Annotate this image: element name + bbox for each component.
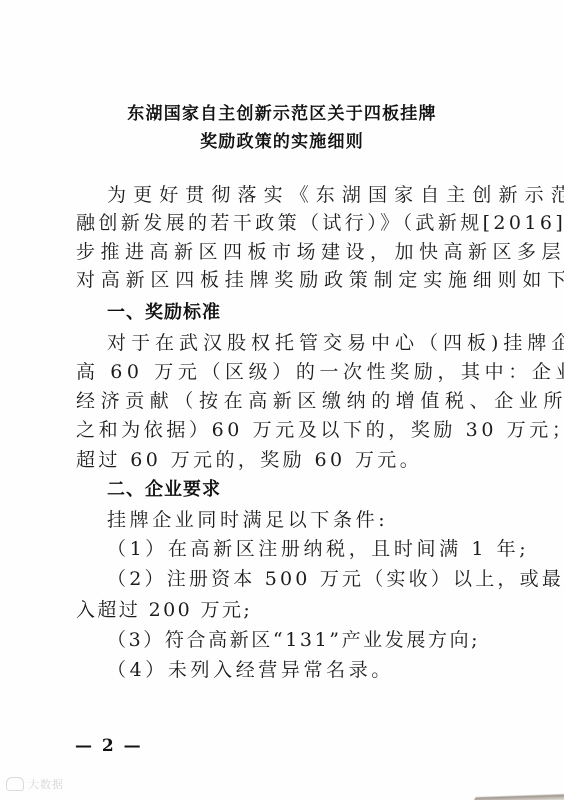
intro-line-3: 步推进高新区四板市场建设，加快高新区多层次资本市场发展， — [76, 241, 564, 263]
section1-line-2: 高 60 万元（区级）的一次性奖励，其中：企业挂牌当年对地方 — [76, 361, 564, 383]
scanned-document-page: 东湖国家自主创新示范区关于四板挂牌 奖励政策的实施细则 为更好贯彻落实《东湖国家… — [0, 0, 564, 800]
section2-line-1: 挂牌企业同时满足以下条件: — [107, 509, 388, 531]
section1-line-3: 经济贡献（按在高新区缴纳的增值税、企业所得税和个人所得税 — [76, 390, 564, 412]
section2-condition-3: （3）符合高新区“131”产业发展方向; — [107, 629, 480, 651]
section1-line-1: 对于在武汉股权托管交易中心（四板)挂牌企业，给予每家最 — [107, 332, 564, 354]
weibo-logo-icon — [6, 777, 24, 791]
section2-condition-2-cont: 入超过 200 万元; — [76, 599, 252, 621]
section2-condition-4: （4）未列入经营异常名录。 — [107, 659, 394, 681]
watermark-text: 大数据 — [28, 776, 64, 792]
section-heading-reward-standard: 一、奖励标准 — [107, 302, 221, 324]
intro-line-4: 对高新区四板挂牌奖励政策制定实施细则如下。 — [76, 269, 564, 291]
intro-line-2: 融创新发展的若干政策（试行）》（武新规[2016]4号）要求，进一 — [76, 212, 564, 234]
scan-edge-shadow — [474, 792, 564, 800]
section-heading-enterprise-requirements: 二、企业要求 — [107, 479, 221, 501]
document-title-line-1: 东湖国家自主创新示范区关于四板挂牌 — [0, 99, 564, 124]
watermark: 大数据 — [6, 776, 64, 792]
document-title-line-2: 奖励政策的实施细则 — [0, 127, 564, 152]
section2-condition-2: （2）注册资本 500 万元（实收）以上，或最近 1 年营业收 — [107, 568, 564, 590]
section2-condition-1: （1）在高新区注册纳税，且时间满 1 年; — [107, 538, 529, 560]
section1-line-5: 超过 60 万元的，奖励 60 万元。 — [76, 449, 422, 471]
section1-line-4: 之和为依据）60 万元及以下的，奖励 30 万元；对地方经济贡献 — [76, 419, 564, 441]
page-number: — 2 — — [75, 736, 143, 756]
intro-line-1: 为更好贯彻落实《东湖国家自主创新示范区关于推动科技金 — [107, 184, 564, 206]
